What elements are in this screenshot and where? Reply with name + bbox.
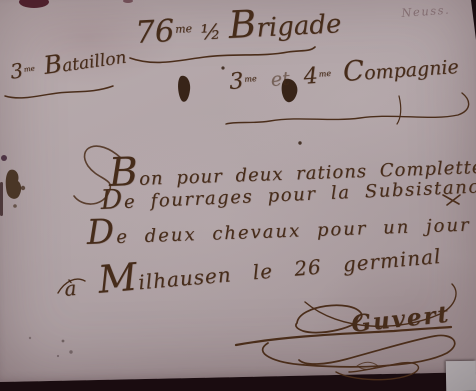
stain-top-small [123, 0, 133, 3]
battalion-number: 3 [9, 58, 25, 84]
dateline-le: le [252, 259, 274, 285]
dateline-month: germinal [342, 244, 442, 277]
battalion-underline-flourish [5, 86, 113, 98]
ink-dot-left-margin-2 [13, 204, 17, 208]
dateline-at: à [63, 276, 78, 301]
scanned-document-photo: 76me ½ Brigade Neuss. 3me Bataillon 3me … [0, 0, 476, 391]
unit-name: Brigade [227, 0, 342, 47]
ink-blob-left-margin [6, 170, 21, 199]
speck-bottom-1 [62, 340, 65, 343]
header-rule-flourish [226, 93, 469, 124]
speck-bottom-4 [29, 337, 31, 339]
unit-number: 76 [134, 14, 175, 51]
ink-dot-left-margin-1 [21, 186, 25, 190]
company-number-1: 3 [228, 68, 244, 95]
ink-speck-header [221, 66, 224, 69]
unit-ordinal: me [175, 22, 192, 36]
battalion-ordinal: me [23, 63, 35, 73]
purple-spot-left-edge [1, 155, 7, 161]
speck-bottom-3 [57, 355, 59, 357]
company-ordinal-2: me [318, 69, 331, 79]
ink-blot-left-of-companies [178, 76, 190, 102]
compagnie-descender-stroke [397, 96, 401, 124]
dateline-day: 26 [293, 254, 322, 280]
companies-conjunction: et [270, 68, 290, 91]
corner-patch [446, 361, 476, 391]
company-number-2: 4 [303, 63, 319, 90]
signature-lower-loop [263, 335, 455, 366]
unit-demi-symbol: ½ [200, 20, 221, 45]
speck-bottom-2 [69, 350, 72, 353]
dark-left-edge [0, 182, 3, 216]
background-edge-top-right [471, 0, 476, 40]
company-ordinal-1: me [244, 74, 257, 84]
stain-top-left [19, 0, 49, 8]
